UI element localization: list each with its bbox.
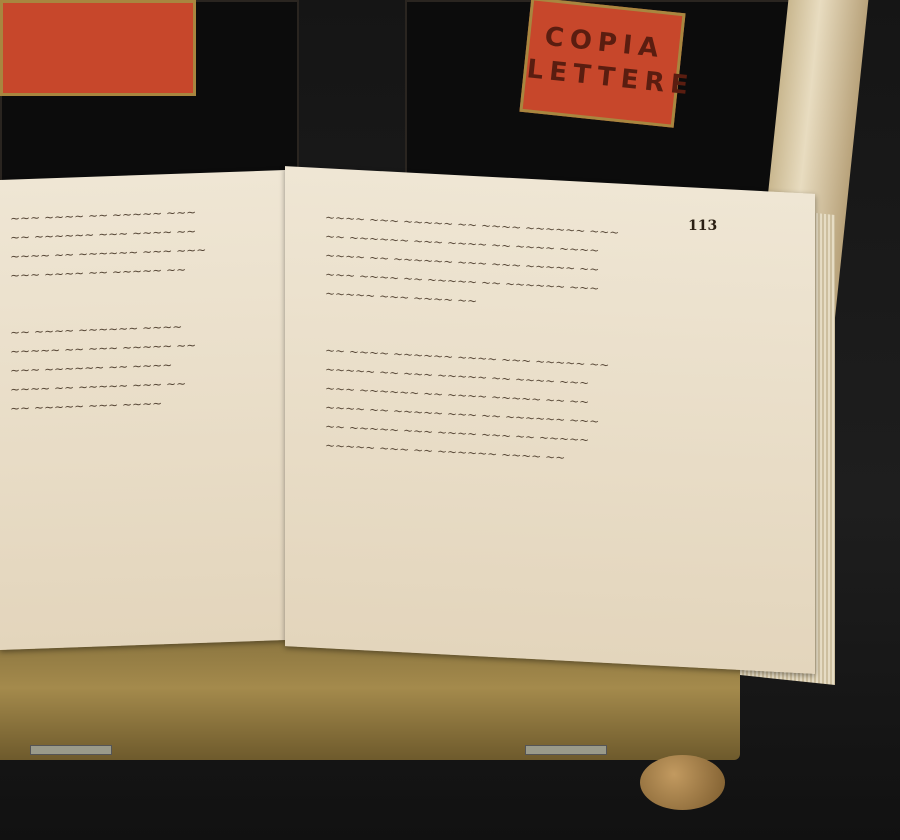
right-page-handwriting: ~~~~ ~~~ ~~~~~ ~~ ~~~~ ~~~~~~ ~~~ ~~ ~~~… <box>325 208 619 470</box>
right-binder-label: COPIA LETTERE <box>519 0 685 128</box>
left-page-handwriting: ~~~ ~~~~ ~~ ~~~~~ ~~~ ~~ ~~~~~~ ~~~ ~~~~… <box>10 203 206 419</box>
right-page: ~~~~ ~~~ ~~~~~ ~~ ~~~~ ~~~~~~ ~~~ ~~ ~~~… <box>285 166 815 674</box>
stand-hinge <box>525 745 607 755</box>
photo-scene: COPIA LETTERE ~~~ ~~~~ ~~ ~~~~~ ~~~ ~~ ~… <box>0 0 900 840</box>
page-number: 113 <box>688 218 717 234</box>
open-manuscript-book: ~~~ ~~~~ ~~ ~~~~~ ~~~ ~~ ~~~~~~ ~~~ ~~~~… <box>0 165 840 685</box>
left-binder-label <box>0 0 196 96</box>
stand-foot <box>640 755 725 810</box>
stand-hinge <box>30 745 112 755</box>
left-page: ~~~ ~~~~ ~~ ~~~~~ ~~~ ~~ ~~~~~~ ~~~ ~~~~… <box>0 170 285 650</box>
